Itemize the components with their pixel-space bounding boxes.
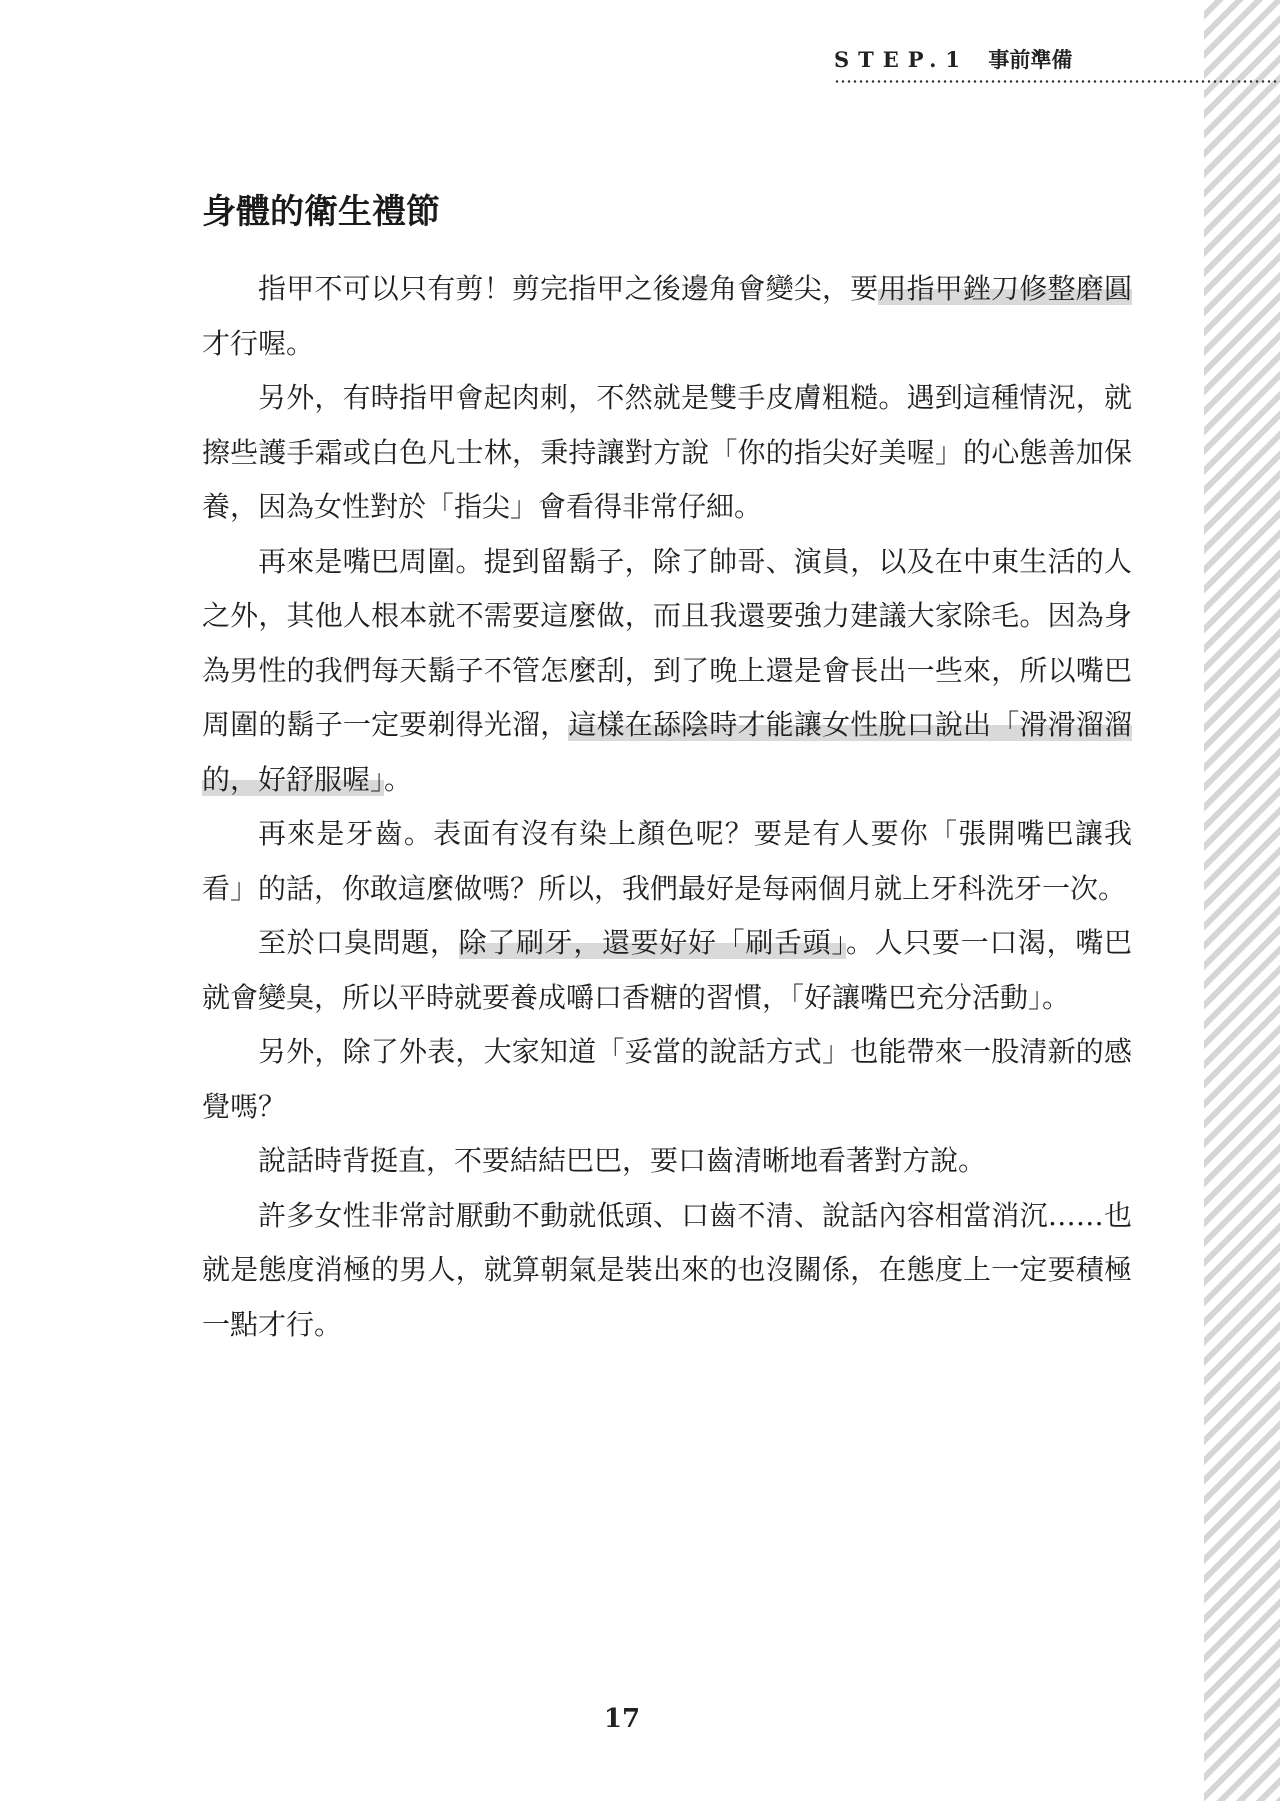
highlighted-text: 除了刷牙，還要好好「刷舌頭」 [459,926,846,959]
section-title: 身體的衛生禮節 [202,184,440,233]
highlighted-text: 用指甲銼刀修整磨圓 [878,272,1132,305]
dotted-divider [834,80,1280,83]
paragraph-attitude: 許多女性非常討厭動不動就低頭、口齒不清、說話內容相當消沉……也就是態度消極的男人… [202,1189,1132,1353]
paragraph-posture: 說話時背挺直，不要結結巴巴，要口齒清晰地看著對方說。 [202,1134,1132,1189]
paragraph-bad-breath: 至於口臭問題，除了刷牙，還要好好「刷舌頭」。人只要一口渴，嘴巴就會變臭，所以平時… [202,916,1132,1025]
decorative-stripe-band [1204,0,1280,1801]
running-header: STEP.1 事前準備 [834,44,1072,74]
paragraph-speaking-manner: 另外，除了外表，大家知道「妥當的說話方式」也能帶來一股清新的感覺嗎？ [202,1025,1132,1134]
text-run: 才行喔。 [202,327,314,360]
paragraph-beard: 再來是嘴巴周圍。提到留鬍子，除了帥哥、演員，以及在中東生活的人之外，其他人根本就… [202,535,1132,808]
text-run: 。 [384,763,412,796]
step-label: STEP.1 [834,47,969,72]
text-run: 至於口臭問題， [258,926,459,959]
paragraph-hand-care: 另外，有時指甲會起肉刺，不然就是雙手皮膚粗糙。遇到這種情況，就擦些護手霜或白色凡… [202,371,1132,535]
body-text: 指甲不可以只有剪！剪完指甲之後邊角會變尖，要用指甲銼刀修整磨圓才行喔。 另外，有… [202,262,1132,1352]
chapter-title: 事前準備 [988,48,1072,72]
text-run: 指甲不可以只有剪！剪完指甲之後邊角會變尖，要 [258,272,878,305]
paragraph-teeth: 再來是牙齒。表面有沒有染上顏色呢？要是有人要你「張開嘴巴讓我看」的話，你敢這麼做… [202,807,1132,916]
paragraph-nail-trimming: 指甲不可以只有剪！剪完指甲之後邊角會變尖，要用指甲銼刀修整磨圓才行喔。 [202,262,1132,371]
page-number: 17 [0,1704,1280,1734]
